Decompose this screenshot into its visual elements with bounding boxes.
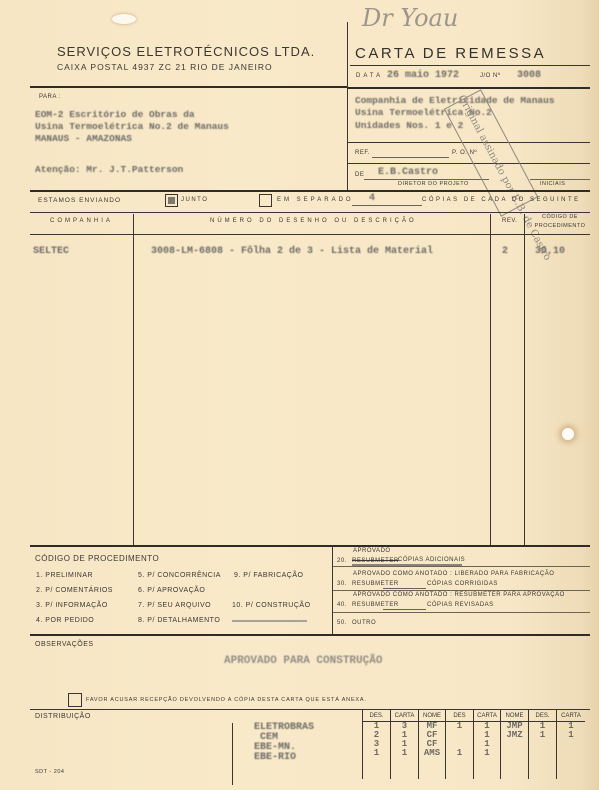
dist-col-carta: CARTA xyxy=(474,710,501,722)
procedure-codes-title: CÓDIGO DE PROCEDIMENTO xyxy=(35,554,159,563)
approval-30-number: 30. xyxy=(337,581,347,587)
job-number-value: 3008 xyxy=(517,70,541,81)
copies-field-line xyxy=(352,205,422,206)
col-header-code: CÓDIGO DE PROCEDIMENTO xyxy=(530,213,590,231)
from-label: DE xyxy=(355,172,364,178)
dist-col-des: DES. xyxy=(363,710,391,722)
dist-cell xyxy=(529,740,557,749)
copies-label: CÓPIAS DE CADA DO SEGUINTE xyxy=(422,197,581,203)
job-number-label: J/O Nº xyxy=(480,73,501,79)
distribution-row: 1 3 MF 1 1 JMP 1 1 xyxy=(363,722,586,732)
procedure-code-4: 4. POR PEDIDO xyxy=(36,617,94,624)
approval-40-copies: CÓPIAS REVISADAS xyxy=(427,602,494,608)
stamp-text: Original assinado por E.B. de Castro xyxy=(456,93,522,204)
dist-cell: 1 xyxy=(391,749,419,779)
approval-30-sub: RESUBMETER xyxy=(352,581,399,587)
separate-checkbox[interactable] xyxy=(259,194,272,207)
procedure-code-8: 8. P/ DETALHAMENTO xyxy=(138,617,220,624)
table-col-divider-3 xyxy=(524,214,525,546)
date-label: DATA xyxy=(356,73,383,79)
sending-divider xyxy=(30,212,590,213)
form-code: SDT - 204 xyxy=(35,769,64,775)
col-header-rev: REV. xyxy=(502,218,517,224)
dist-cell: 1 xyxy=(363,749,391,779)
initials-label: INICIAIS xyxy=(540,181,565,187)
distribution-vertical-divider xyxy=(232,723,233,785)
dist-col-carta: CARTA xyxy=(391,710,419,722)
sending-label: ESTAMOS ENVIANDO xyxy=(38,197,121,204)
distribution-table: DES. CARTA NOME DES CARTA NOME DES. CART… xyxy=(362,710,585,779)
distribution-row: 3 1 CF 1 xyxy=(363,740,586,749)
approval-20-copies: CÓPIAS ADICIONAIS xyxy=(398,557,465,563)
together-checkbox[interactable] xyxy=(165,194,178,207)
dist-cell: 1 xyxy=(557,731,586,740)
approval-20-number: 20. xyxy=(337,558,347,564)
row-rev: 2 xyxy=(502,246,508,257)
dist-cell xyxy=(446,731,474,740)
table-col-divider-2 xyxy=(490,214,491,546)
dist-col-nome: NOME xyxy=(419,710,446,722)
approval-30-copies: CÓPIAS CORRIGIDAS xyxy=(427,581,498,587)
distribution-row: 1 1 AMS 1 1 xyxy=(363,749,586,779)
distribution-row: 2 1 CF 1 JMZ 1 1 xyxy=(363,731,586,740)
ref-label: REF. xyxy=(355,150,370,156)
approval-30-field-line xyxy=(383,588,426,589)
date-value: 26 maio 1972 xyxy=(387,70,459,81)
dist-cell: JMZ xyxy=(501,731,529,740)
distribution-label: DISTRIBUIÇÃO xyxy=(35,713,91,720)
col-header-description: NÚMERO DO DESENHO OU DESCRIÇÃO xyxy=(210,218,417,224)
recipient-line-1: EOM-2 Escritório de Obras da xyxy=(35,109,195,120)
approval-40-number: 40. xyxy=(337,602,347,608)
dist-cell xyxy=(529,749,557,779)
approval-40-field-line xyxy=(383,609,426,610)
row-description: 3008-LM-6808 - Fôlha 2 de 3 - Lista de M… xyxy=(151,246,433,257)
redacted-strike xyxy=(232,620,307,622)
dist-cell xyxy=(501,740,529,749)
director-label: DIRETOR DO PROJETO xyxy=(398,181,469,187)
dist-col-des: DES. xyxy=(529,710,557,722)
dist-cell: 1 xyxy=(474,749,501,779)
ref-field-line xyxy=(372,157,449,158)
header-divider-right xyxy=(348,87,590,89)
para-label: PARA : xyxy=(39,94,61,100)
approval-50-number: 50. xyxy=(337,620,347,626)
row-company: SELTEC xyxy=(33,246,69,257)
procedure-bottom-divider xyxy=(30,634,590,636)
recipient-line-3: MANAUS - AMAZONAS xyxy=(35,133,132,144)
procedure-code-5: 5. P/ CONCORRÊNCIA xyxy=(138,572,221,579)
dist-cell: AMS xyxy=(419,749,446,779)
approval-40-title: APROVADO COMO ANOTADO : RESUBMETER PARA … xyxy=(353,592,565,598)
punch-hole-mark xyxy=(562,428,574,440)
from-field-line xyxy=(364,179,489,180)
title-underline xyxy=(350,65,590,66)
approval-divider-2 xyxy=(333,590,590,591)
distribution-recipient: EBE-RIO xyxy=(254,753,296,763)
dist-cell xyxy=(557,749,586,779)
approval-40-sub: RESUBMETER xyxy=(352,602,399,608)
company-name: SERVIÇOS ELETROTÉCNICOS LTDA. xyxy=(57,44,315,59)
approval-50-label: OUTRO xyxy=(352,620,376,626)
company-address: CAIXA POSTAL 4937 ZC 21 RIO DE JANEIRO xyxy=(57,62,273,72)
initials-field-line xyxy=(530,179,590,180)
document-title: CARTA DE REMESSA xyxy=(355,45,546,62)
dist-cell xyxy=(501,749,529,779)
table-col-divider-1 xyxy=(133,214,134,546)
header-divider-left xyxy=(30,86,348,88)
recipient-line-2: Usina Termoelétrica No.2 de Manaus xyxy=(35,121,229,132)
from-value: E.B.Castro xyxy=(378,167,438,178)
dist-cell: 1 xyxy=(529,731,557,740)
procedure-code-9: 9. P/ FABRICAÇÃO xyxy=(234,572,303,579)
copies-value: 4 xyxy=(369,193,375,204)
col-header-company: COMPANHIA xyxy=(50,218,113,224)
procedure-code-10: 10. P/ CONSTRUÇÃO xyxy=(232,602,311,609)
header-bottom-divider xyxy=(30,190,590,192)
dist-cell: 1 xyxy=(446,749,474,779)
separate-label: EM SEPARADO xyxy=(277,197,354,203)
approval-20-title: APROVADO xyxy=(353,548,391,554)
dist-col-des: DES xyxy=(446,710,474,722)
table-header-divider xyxy=(30,234,590,235)
dist-cell xyxy=(557,740,586,749)
procedure-code-1: 1. PRELIMINAR xyxy=(36,572,93,579)
approval-divider-1 xyxy=(333,566,590,567)
client-line-3: Unidades Nos. 1 e 2 xyxy=(355,120,463,131)
procedure-code-6: 6. P/ APROVAÇÃO xyxy=(138,587,205,594)
together-label: JUNTO xyxy=(181,197,208,203)
approval-30-title: APROVADO COMO ANOTADO : LIBERADO PARA FA… xyxy=(353,571,554,577)
observations-label: OBSERVAÇÕES xyxy=(35,641,94,648)
dist-col-nome: NOME xyxy=(501,710,529,722)
handwritten-note: Dr Yoau xyxy=(362,4,458,32)
header-vertical-divider xyxy=(347,22,348,192)
table-bottom-divider xyxy=(30,545,590,547)
observations-text: APROVADO PARA CONSTRUÇÃO xyxy=(224,655,382,667)
acknowledge-checkbox[interactable] xyxy=(68,693,82,707)
attention-line: Atenção: Mr. J.T.Patterson xyxy=(35,164,183,175)
dist-cell: 1 xyxy=(446,722,474,732)
row-code: 30,10 xyxy=(535,246,565,257)
dist-col-carta: CARTA xyxy=(557,710,586,722)
distribution-header-row: DES. CARTA NOME DES CARTA NOME DES. CART… xyxy=(363,710,586,722)
procedure-code-3: 3. P/ INFORMAÇÃO xyxy=(36,602,108,609)
acknowledge-text: FAVOR ACUSAR RECEPÇÃO DEVOLVENDO A CÓPIA… xyxy=(86,697,367,703)
procedure-code-7: 7. P/ SEU ARQUIVO xyxy=(138,602,211,609)
ref-divider xyxy=(348,163,590,164)
procedure-code-2: 2. P/ COMENTÁRIOS xyxy=(36,587,113,594)
approval-divider-3 xyxy=(333,612,590,613)
paper-tear-mark xyxy=(112,14,136,24)
